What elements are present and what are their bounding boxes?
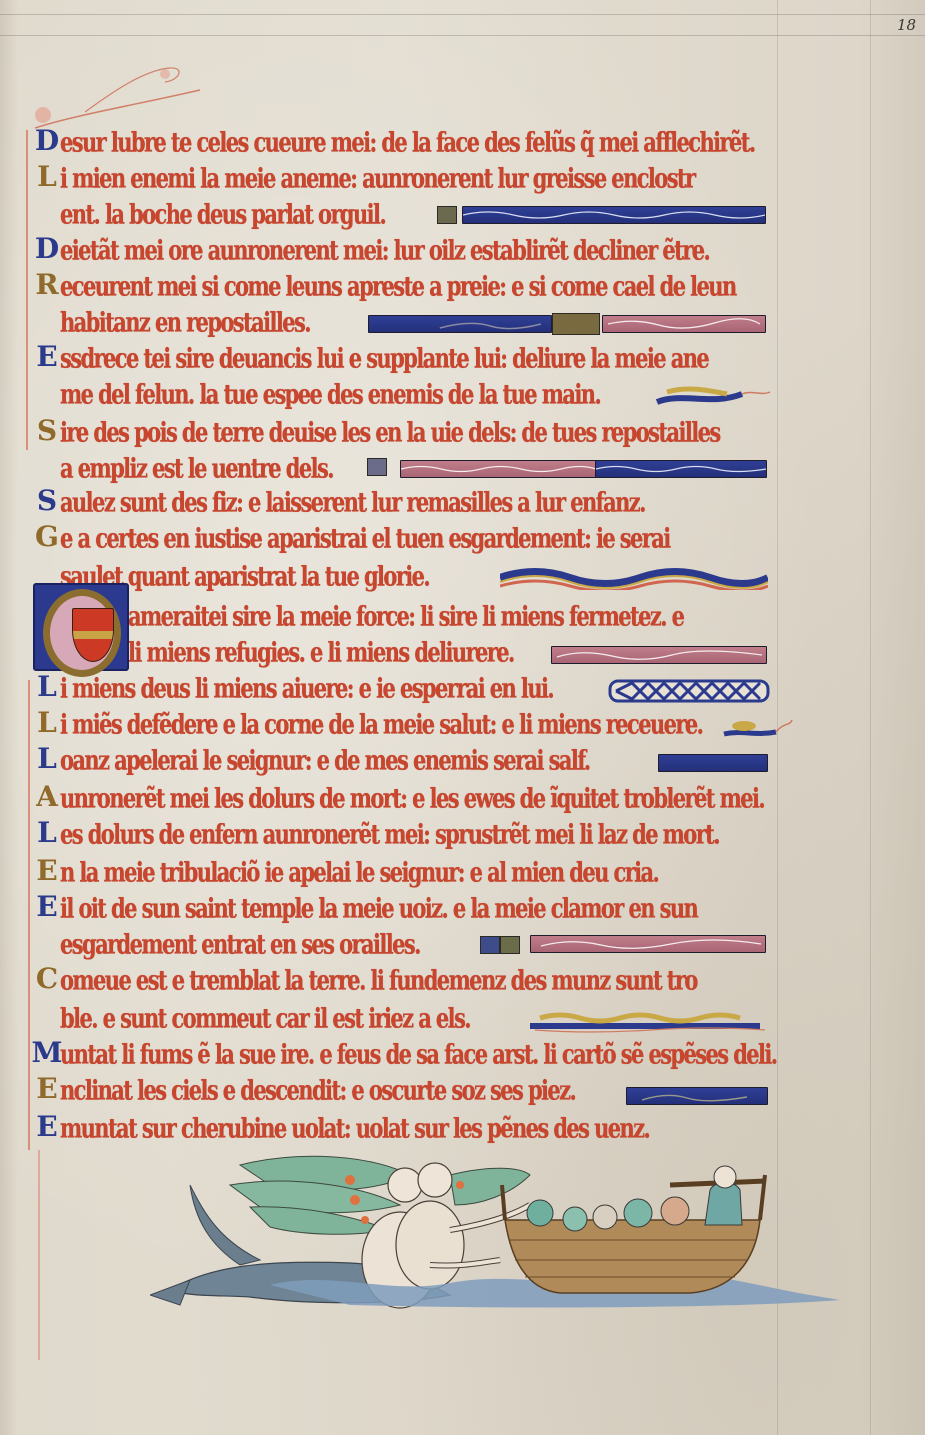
line-text: li miens refugies. e li miens deliurere. [128,635,514,668]
line-text: habitanz en repostailles. [60,305,310,338]
text-line: ameraitei sire la meie force: li sire li… [128,598,683,632]
initial-letter-bowl [43,589,121,677]
dragon-filler-icon [716,712,794,742]
line-text: eceurent mei si come leuns apreste a pre… [60,269,736,302]
line-filler [595,460,767,478]
interlace-filler-icon [608,678,770,704]
filler-knot-icon [552,313,600,335]
line-text: esur lubre te celes cueure mei: de la fa… [60,125,755,158]
line-filler [462,206,766,224]
line-text: ssdrece tei sire deuancis lui e supplant… [60,341,708,374]
initial-letter: S [34,416,60,446]
line-text: nclinat les ciels e descendit: e oscurte… [60,1073,575,1106]
line-text: a empliz est le uentre dels. [60,451,333,484]
line-text: i miens deus li miens aiuere: e ie esper… [60,671,553,704]
initial-letter: E [34,1112,60,1142]
text-line: omeue est e tremblat la terre. li fundem… [60,962,697,996]
filler-knot-icon [367,458,387,476]
line-text: ameraitei sire la meie force: li sire li… [128,599,683,632]
initial-letter: D [34,126,60,156]
sirens-and-boat-illustration [150,1145,850,1320]
line-text: muntat sur cherubine uolat: uolat sur le… [60,1111,649,1144]
text-line: me del felun. la tue espee des enemis de… [60,376,600,410]
text-line: muntat sur cherubine uolat: uolat sur le… [60,1110,649,1144]
heraldic-shield-icon [72,608,114,662]
text-line: il oit de sun saint temple la meie uoiz.… [60,890,697,924]
ruling-line [870,0,871,1435]
line-text: i miẽs defẽdere e la corne de la meie sa… [60,707,702,740]
initial-letter: L [34,672,60,702]
text-line: ire des pois de terre deuise les en la u… [60,414,720,448]
initial-letter: G [34,522,60,552]
line-text: esgardement entrat en ses orailles. [60,927,420,960]
text-line: eietãt mei ore aunronerent mei: lur oilz… [60,232,709,266]
text-line: oanz apelerai le seignur: e de mes enemi… [60,742,590,776]
initial-letter: C [34,964,60,994]
dragon-filler-icon [652,382,772,412]
line-text: ble. e sunt commeut car il est iriez a e… [60,1001,470,1034]
text-line: es dolurs de enfern aunronerẽt mei: spru… [60,816,719,850]
line-filler [626,1087,768,1105]
text-line: ent. la boche deus parlat orguil. [60,196,385,230]
marginal-stem [26,130,28,450]
line-text: aulez sunt des fiz: e laisserent lur rem… [60,485,645,518]
line-filler [658,754,768,772]
line-text: il oit de sun saint temple la meie uoiz.… [60,891,697,924]
line-text: unronerẽt mei les dolurs de mort: e les … [60,781,764,814]
line-text: es dolurs de enfern aunronerẽt mei: spru… [60,817,719,850]
text-line: e a certes en iustise aparistrai el tuen… [60,520,670,554]
text-line: i miẽs defẽdere e la corne de la meie sa… [60,706,702,740]
line-text: oanz apelerai le seignur: e de mes enemi… [60,743,590,776]
marginal-stem [28,680,30,1150]
folio-number: 18 [897,16,916,34]
initial-letter: L [34,818,60,848]
text-line: esur lubre te celes cueure mei: de la fa… [60,124,755,158]
initial-letter: E [34,892,60,922]
line-text: i mien enemi la meie aneme: aunronerent … [60,161,695,194]
text-line: eceurent mei si come leuns apreste a pre… [60,268,736,302]
initial-letter: D [34,234,60,264]
large-initial-with-shield [33,583,129,671]
text-line: a empliz est le uentre dels. [60,450,333,484]
line-filler [602,315,766,333]
text-line: ssdrece tei sire deuancis lui e supplant… [60,340,708,374]
ruling-line [0,35,925,36]
initial-letter: R [34,270,60,300]
initial-letter: S [34,486,60,516]
line-filler [400,460,597,478]
manuscript-page: 18 esur lubre te celes cueure mei: de la… [0,0,925,1435]
line-filler [368,315,552,333]
text-line: ble. e sunt commeut car il est iriez a e… [60,1000,470,1034]
initial-letter: E [34,1074,60,1104]
ruling-line [0,14,925,15]
line-text: n la meie tribulaciõ ie apelai le seignu… [60,855,658,888]
gold-filler-icon [530,1008,770,1034]
line-text: me del felun. la tue espee des enemis de… [60,377,600,410]
line-text: e a certes en iustise aparistrai el tuen… [60,521,670,554]
line-filler [551,646,767,664]
text-line: esgardement entrat en ses orailles. [60,926,420,960]
filler-knot-icon [437,206,457,224]
line-text: untat li fums ẽ la sue ire. e feus de sa… [60,1037,777,1070]
text-line: unronerẽt mei les dolurs de mort: e les … [60,780,764,814]
line-text: ire des pois de terre deuise les en la u… [60,415,720,448]
initial-letter: E [34,856,60,886]
text-line: li miens refugies. e li miens deliurere. [128,634,514,668]
line-text: eietãt mei ore aunronerent mei: lur oilz… [60,233,709,266]
text-line: habitanz en repostailles. [60,304,310,338]
initial-letter: E [34,342,60,372]
wave-filler-icon [500,566,768,590]
initial-letter: L [34,708,60,738]
filler-knot-icon [480,936,500,954]
text-line: aulez sunt des fiz: e laisserent lur rem… [60,484,645,518]
initial-letter: M [34,1038,60,1068]
marginal-stem [38,1150,40,1360]
text-line: untat li fums ẽ la sue ire. e feus de sa… [60,1036,777,1070]
initial-letter: L [34,162,60,192]
line-filler [530,935,766,953]
text-line: i mien enemi la meie aneme: aunronerent … [60,160,695,194]
text-line: nclinat les ciels e descendit: e oscurte… [60,1072,575,1106]
initial-letter: A [34,782,60,812]
line-text: omeue est e tremblat la terre. li fundem… [60,963,697,996]
initial-letter: L [34,744,60,774]
text-line: i miens deus li miens aiuere: e ie esper… [60,670,553,704]
filler-knot-icon [500,936,520,954]
line-text: ent. la boche deus parlat orguil. [60,197,385,230]
text-line: n la meie tribulaciõ ie apelai le seignu… [60,854,658,888]
